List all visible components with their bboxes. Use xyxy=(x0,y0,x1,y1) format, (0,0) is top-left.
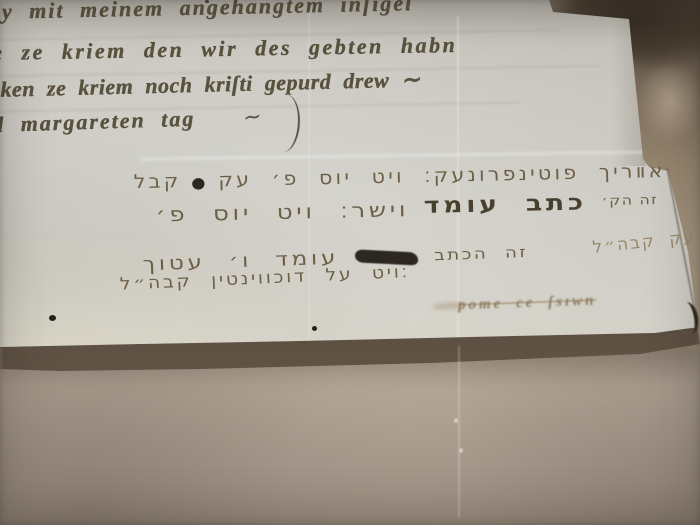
ink-dot: ● xyxy=(191,174,209,192)
light-patch xyxy=(638,58,700,144)
wormhole-dot xyxy=(312,326,317,331)
hebrew-line1-end: קבל xyxy=(134,170,182,193)
background-crease-line xyxy=(458,346,460,518)
manuscript-photo: ey mit meinem angehangtem inſigel e ze k… xyxy=(0,0,700,525)
fold-highlight xyxy=(140,150,660,160)
crease-fleck xyxy=(459,448,463,453)
hebrew-line2-small: זה הק׳ xyxy=(601,193,658,209)
german-text-line-4: d margareten tag xyxy=(0,104,196,140)
hebrew-line2-bold: כתב עומד xyxy=(424,190,588,218)
ink-speck xyxy=(205,0,209,3)
hebrew-line3-start: זה הכתב xyxy=(434,243,529,264)
flourish-mark: ∼ xyxy=(241,103,263,131)
crease-fleck xyxy=(454,418,458,423)
wormhole-dot xyxy=(49,315,56,321)
